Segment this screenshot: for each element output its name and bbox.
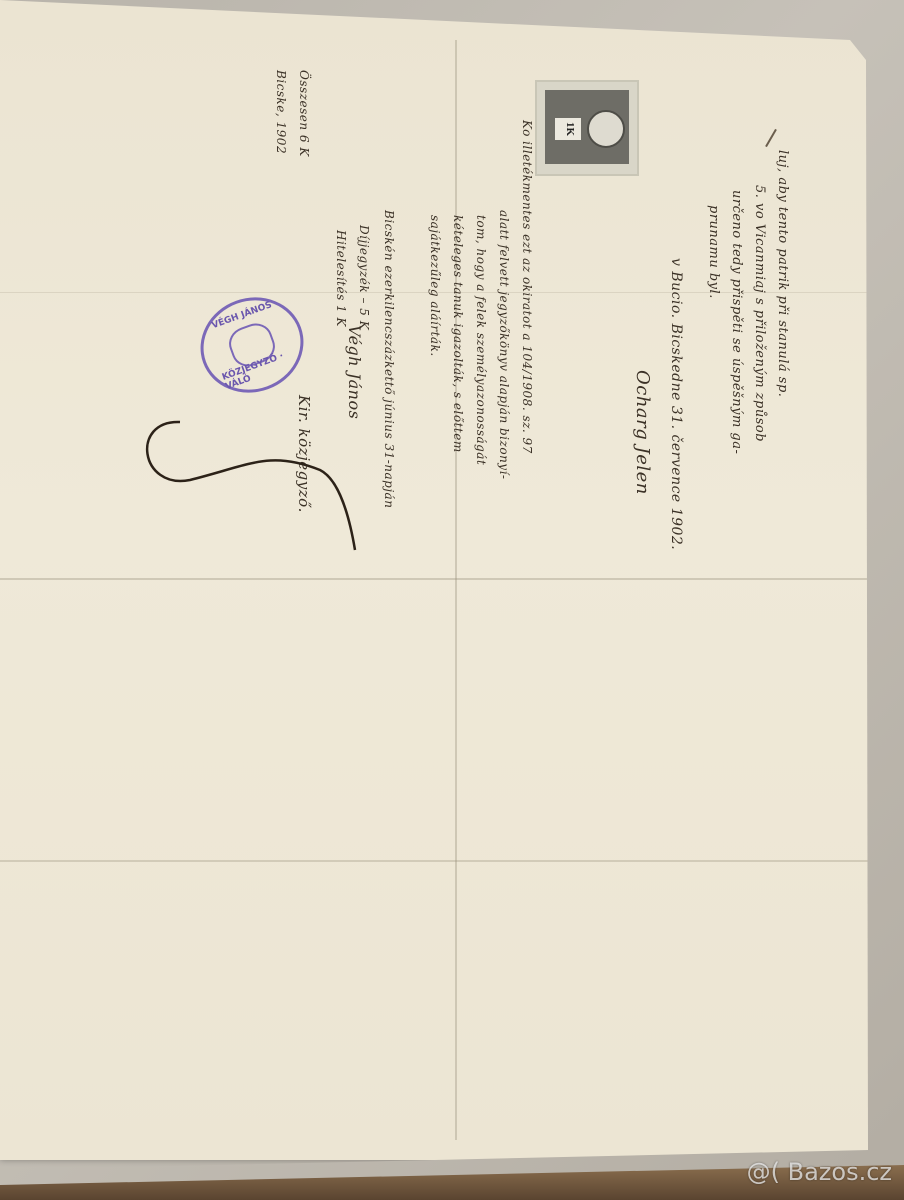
fee-line: Bicske, 1902 [274,70,288,154]
fee-line: Hitelesítés 1 K [334,230,348,327]
revenue-stamp: 1K [535,80,639,176]
date-line: v Bucio. Bicskedne 31. července 1902. [668,258,684,550]
signature-right: Ocharg Jelen [632,370,653,495]
stamp-value: 1K [555,118,581,140]
coat-of-arms-icon [587,110,625,148]
text-line: kételeges tanuk igazolták, s előttem [451,215,465,453]
fee-line: Összesen 6 K [297,70,311,157]
watermark: @( Bazos.cz [747,1158,892,1186]
text-line: 5. vo Vicanmiaj s přiloženým způsob [752,185,767,442]
text-line: určeno tedy přispěti se úspěšným ga- [729,190,744,454]
text-line: tom, hogy a felek személyazonosságát [474,215,488,465]
text-line: alatt felvett jegyzőkönyv alapján bizony… [497,210,511,479]
notary-seal: VÉGH JÁNOS KÖZJEGYZŐ · VÁLÓ [187,283,317,407]
document-page: 1K luj, aby tento patrik při stanulá sp.… [0,0,870,1160]
text-line: Bicskén ezerkilencszázkettő június 31-na… [382,210,396,508]
text-line: sajátkezűleg aláírták. [428,215,442,357]
fee-line: Díjjegyzék – 5 K [357,225,371,330]
text-line: Ko illetékmentes ezt az okiratot a 104/1… [520,120,534,454]
fold-line-horizontal [0,860,868,862]
signature-flourish-icon [140,400,360,560]
stamp-image: 1K [545,90,629,164]
fold-line-horizontal [0,578,868,580]
text-line: luj, aby tento patrik při stanulá sp. [775,150,790,397]
text-line: prunamu byl. [706,205,721,299]
mark-slash [765,129,777,147]
fold-line-vertical [455,40,457,1140]
